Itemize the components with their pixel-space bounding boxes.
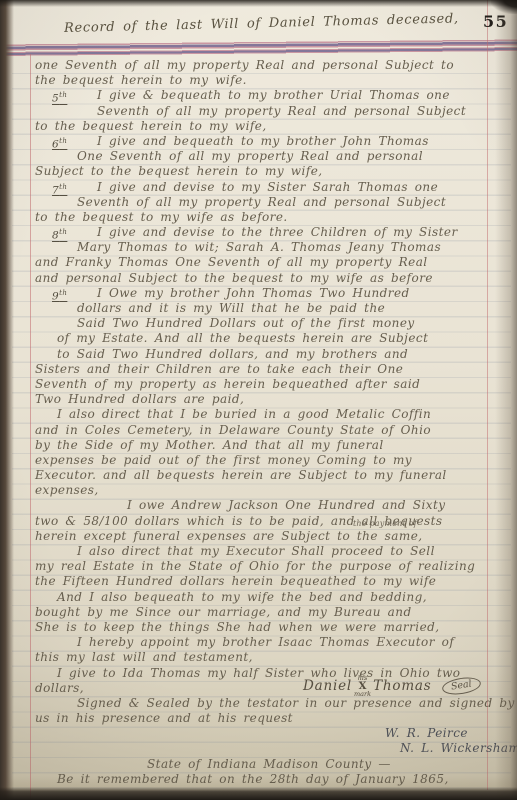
will-line: 7thI give and devise to my Sister Sarah …	[35, 180, 513, 195]
will-line-text: Sisters and their Children are to take e…	[35, 362, 403, 376]
will-line-text: I give and devise to my Sister Sarah Tho…	[97, 180, 438, 194]
will-line: expenses be paid out of the first money …	[35, 453, 513, 468]
will-line-text: I owe Andrew Jackson One Hundred and Six…	[127, 498, 445, 512]
will-line-text: dollars and it is my Will that he be pai…	[77, 301, 385, 315]
will-line-text: I give and devise to the three Children …	[97, 225, 458, 239]
will-line-text: expenses,	[35, 483, 99, 497]
will-line-text: I give and bequeath to my brother John T…	[97, 134, 429, 148]
will-line-text: Be it remembered that on the 28th day of…	[57, 772, 449, 786]
photo-top-edge	[0, 0, 517, 7]
will-line: Be it remembered that on the 28th day of…	[35, 772, 513, 787]
testator-signature: Daniel his X mark Thomas Seal	[303, 675, 480, 697]
will-line-text: Subject to the bequest herein to my wife…	[35, 164, 323, 178]
will-line-text: I give & bequeath to my brother Urial Th…	[97, 88, 450, 102]
will-line: 5thI give & bequeath to my brother Urial…	[35, 88, 513, 103]
desk-shadow	[0, 787, 517, 800]
will-line: Seventh of all my property Real and pers…	[35, 195, 513, 210]
photo-corner-shadow	[491, 0, 517, 14]
will-line: Sisters and their Children are to take e…	[35, 362, 513, 377]
will-line: two & 58/100 dollars which is to be paid…	[35, 514, 513, 529]
will-line: and Franky Thomas One Seventh of all my …	[35, 255, 513, 270]
will-line: I also direct that my Executor Shall pro…	[35, 544, 513, 559]
will-line: by the Side of my Mother. And that all m…	[35, 438, 513, 453]
will-line: Seventh of all my property Real and pers…	[35, 104, 513, 119]
will-line: I hereby appoint my brother Isaac Thomas…	[35, 635, 513, 650]
will-line-text: my real Estate in the State of Ohio for …	[35, 559, 475, 573]
will-line: expenses,	[35, 483, 513, 498]
will-body: one Seventh of all my property Real and …	[35, 58, 513, 792]
will-line: to the bequest herein to my wife,	[35, 119, 513, 134]
will-line-text: herein except funeral expenses are Subje…	[35, 529, 423, 543]
will-line-text: Signed & Sealed by the testator in our p…	[77, 696, 515, 710]
will-line: 8thI give and devise to the three Childr…	[35, 225, 513, 240]
will-line-text: bought by me Since our marriage, and my …	[35, 605, 412, 619]
will-line-text: Seventh of my property as herein bequeat…	[35, 377, 420, 391]
will-line: one Seventh of all my property Real and …	[35, 58, 513, 73]
inline-insertion: the payment of	[353, 519, 417, 528]
book-gutter	[0, 0, 14, 800]
his-mark: his X mark	[354, 675, 371, 697]
will-line-text: to Said Two Hundred dollars, and my brot…	[57, 347, 408, 361]
will-line-text: Two Hundred dollars are paid,	[35, 392, 244, 406]
will-line: of my Estate. And all the bequests herei…	[35, 331, 513, 346]
will-line: us in his presence and at his request	[35, 711, 513, 726]
will-line: Said Two Hundred Dollars out of the firs…	[35, 316, 513, 331]
will-line-text: State of Indiana Madison County —	[147, 757, 391, 771]
will-line: She is to keep the things She had when w…	[35, 620, 513, 635]
will-line-text: Seventh of all my property Real and pers…	[77, 195, 446, 209]
ledger-page: 55 Record of the last Will of Daniel Tho…	[0, 0, 517, 800]
will-line-text: to the bequest herein to my wife,	[35, 119, 267, 133]
will-line: And I also bequeath to my wife the bed a…	[35, 590, 513, 605]
testator-last-name: Thomas	[373, 678, 431, 694]
will-line-text: I also direct that my Executor Shall pro…	[77, 544, 435, 558]
page-right-edge	[495, 0, 517, 800]
record-header: Record of the last Will of Daniel Thomas…	[64, 11, 459, 36]
will-line: the bequest herein to my wife.	[35, 73, 513, 88]
will-line-text: and in Coles Cemetery, in Delaware Count…	[35, 423, 431, 437]
will-line-text: expenses be paid out of the first money …	[35, 453, 412, 467]
will-line-text: I also direct that I be buried in a good…	[57, 407, 431, 421]
will-line: dollars and it is my Will that he be pai…	[35, 301, 513, 316]
will-line-text: by the Side of my Mother. And that all m…	[35, 438, 384, 452]
will-line-text: dollars,	[35, 681, 84, 695]
will-line: this my last will and testament,	[35, 650, 513, 665]
will-line-text: Mary Thomas to wit; Sarah A. Thomas Jean…	[77, 240, 441, 254]
will-line: the Fifteen Hundred dollars herein beque…	[35, 574, 513, 589]
will-line-text: I hereby appoint my brother Isaac Thomas…	[77, 635, 454, 649]
will-line-text: to the bequest to my wife as before.	[35, 210, 288, 224]
will-line: and in Coles Cemetery, in Delaware Count…	[35, 423, 513, 438]
will-line-text: and personal Subject to the bequest to m…	[35, 271, 433, 285]
will-line: my real Estate in the State of Ohio for …	[35, 559, 513, 574]
will-line: bought by me Since our marriage, and my …	[35, 605, 513, 620]
will-line-text: W. R. Peirce	[385, 726, 468, 740]
will-line-text: I Owe my brother John Thomas Two Hundred	[97, 286, 410, 300]
will-line: and personal Subject to the bequest to m…	[35, 271, 513, 286]
will-line-text: and Franky Thomas One Seventh of all my …	[35, 255, 428, 269]
will-line-text: the Fifteen Hundred dollars herein beque…	[35, 574, 436, 588]
will-line: herein except funeral expenses are Subje…	[35, 529, 513, 544]
will-line: Executor. and all bequests herein are Su…	[35, 468, 513, 483]
will-line-text: one Seventh of all my property Real and …	[35, 58, 454, 72]
decorative-header-rule	[0, 38, 517, 56]
will-line: Seventh of my property as herein bequeat…	[35, 377, 513, 392]
will-line-text: One Seventh of all my property Real and …	[77, 149, 423, 163]
will-line: I also direct that I be buried in a good…	[35, 407, 513, 422]
will-line-text: Executor. and all bequests herein are Su…	[35, 468, 447, 482]
will-line: 6thI give and bequeath to my brother Joh…	[35, 134, 513, 149]
will-line: State of Indiana Madison County —	[35, 757, 513, 772]
will-line-text: us in his presence and at his request	[35, 711, 293, 725]
will-line: I owe Andrew Jackson One Hundred and Six…	[35, 498, 513, 513]
will-line-text: the bequest herein to my wife.	[35, 73, 247, 87]
will-line: Mary Thomas to wit; Sarah A. Thomas Jean…	[35, 240, 513, 255]
will-line: Two Hundred dollars are paid,	[35, 392, 513, 407]
will-line-text: And I also bequeath to my wife the bed a…	[57, 590, 427, 604]
seal-stamp: Seal	[440, 675, 481, 697]
will-line-text: Said Two Hundred Dollars out of the firs…	[77, 316, 415, 330]
left-margin-line	[30, 54, 31, 800]
will-line-text: this my last will and testament,	[35, 650, 253, 664]
testator-first-name: Daniel	[303, 678, 352, 694]
will-line: W. R. Peirce	[35, 726, 513, 741]
will-line: Signed & Sealed by the testator in our p…	[35, 696, 513, 711]
will-line: N. L. Wickersham	[35, 741, 513, 756]
will-line: One Seventh of all my property Real and …	[35, 149, 513, 164]
mark-label: mark	[354, 691, 371, 698]
will-line: to Said Two Hundred dollars, and my brot…	[35, 347, 513, 362]
will-line: Subject to the bequest herein to my wife…	[35, 164, 513, 179]
will-line: to the bequest to my wife as before.	[35, 210, 513, 225]
will-line-text: She is to keep the things She had when w…	[35, 620, 440, 634]
will-line: 9thI Owe my brother John Thomas Two Hund…	[35, 286, 513, 301]
will-line-text: of my Estate. And all the bequests herei…	[57, 331, 428, 345]
will-line-text: Seventh of all my property Real and pers…	[97, 104, 466, 118]
